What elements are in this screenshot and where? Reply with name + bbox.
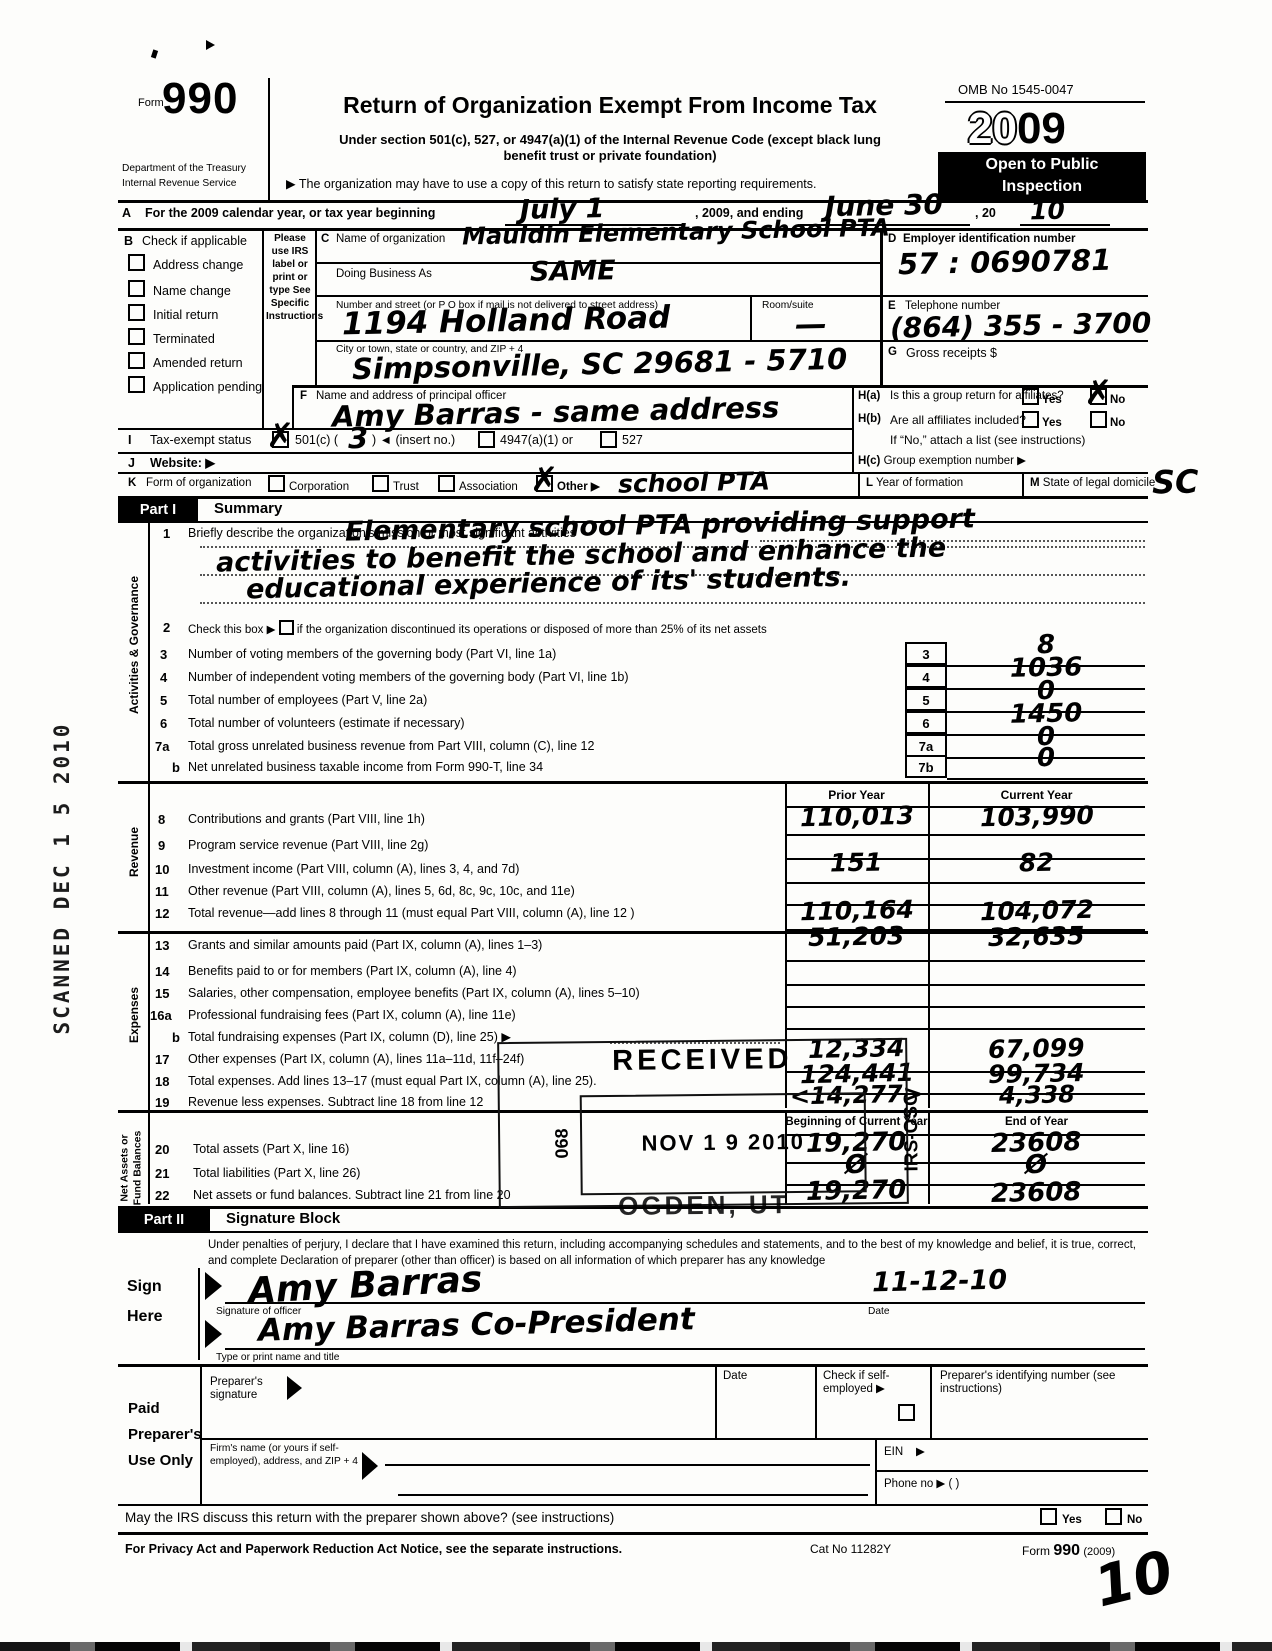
received-stamp-title: RECEIVED [499,1042,905,1079]
line8-current-cell: 103,990 [929,808,1145,836]
k-other-checkbox[interactable]: ✗Other ▶ [536,475,600,495]
gross-receipts-label: Gross receipts $ [906,346,997,361]
city-entry[interactable]: Simpsonville, SC 29681 - 5710 [352,345,848,384]
checkbox-application-pending[interactable]: Application pending [128,376,262,396]
line16a-number: 16a [150,1008,172,1023]
print-name-rule [225,1348,1145,1350]
hc-text: Group exemption number ▶ [884,455,1026,467]
entry-underline [1020,224,1110,226]
line19-number: 19 [155,1095,169,1110]
line2-pre: Check this box ▶ [188,624,275,636]
box-f-number: F [300,390,307,403]
checkbox-address-change[interactable]: Address change [128,254,243,274]
k-other-entry[interactable]: school PTA [618,468,770,496]
checkbox-terminated[interactable]: Terminated [128,328,215,348]
line4-box: 4 [905,665,947,688]
i-row-rule [118,428,854,430]
line9-number: 9 [158,838,165,853]
line3-number: 3 [160,647,167,662]
line7a-box: 7a [905,734,947,757]
discuss-text: May the IRS discuss this return with the… [125,1510,614,1525]
line21-end[interactable]: Ø [1025,1152,1048,1178]
line11-label: Other revenue (Part VIII, column (A), li… [188,884,768,899]
open-to-public-badge: Open to Public Inspection [938,152,1146,200]
sidebar-revenue-label: Revenue [127,827,141,877]
sidebar-net-assets-label: Net Assets orFund Balances [118,1131,143,1206]
header-divider [268,78,270,200]
line10-prior[interactable]: 151 [830,849,883,875]
hc-number: H(c) [858,455,880,467]
net-label-2: Fund Balances [131,1131,144,1206]
m-divider [1022,472,1024,496]
line19-current-cell: 4,338 [929,1091,1145,1108]
insert-no-entry[interactable]: 3 [348,424,369,453]
current-year-header: Current Year [928,788,1145,802]
line5-number: 5 [160,693,167,708]
checkbox-mark: ✗ [1084,376,1113,410]
line12-prior[interactable]: 110,164 [799,897,913,924]
preparer-signature-entry[interactable] [300,1376,710,1426]
dept-line1: Department of the Treasury [122,163,246,175]
year-solid: 09 [1017,104,1066,153]
f-row-top-rule [292,385,1148,388]
k-corporation-label: Corporation [289,481,349,493]
hb-text: Are all affiliates included? [890,413,1026,427]
privacy-notice: For Privacy Act and Paperwork Reduction … [125,1542,622,1556]
officer-entry[interactable]: Amy Barras - same address [332,393,780,431]
line5-label: Total number of employees (Part V, line … [188,693,427,708]
legal-domicile-label: State of legal domicile [1043,477,1156,489]
here-word: Here [127,1308,163,1326]
checkbox-label: Address change [153,258,243,272]
year-formation-label: Year of formation [876,477,963,489]
line14-label: Benefits paid to or for members (Part IX… [188,964,768,979]
line6-label: Total number of volunteers (estimate if … [188,716,465,731]
line18-number: 18 [155,1074,169,1089]
legal-domicile: M State of legal domicile [1030,477,1155,490]
received-stamp: RECEIVED NOV 1 9 2010 068 IRS-OSC OGDEN,… [497,1038,909,1208]
end-year-header: End of Year [928,1116,1145,1128]
line16b-number: b [172,1030,180,1045]
discuss-yes-label: Yes [1062,1514,1082,1526]
scan-speck [151,49,158,58]
line11-number: 11 [155,884,169,899]
line14-current-cell [929,960,1145,986]
line10-number: 10 [155,862,169,877]
j-row-rule [118,452,854,454]
line3-label: Number of voting members of the governin… [188,647,556,662]
omb-underline [945,101,1145,103]
received-stamp-city: OGDEN, UT [501,1188,907,1223]
mission-dotrule [200,588,1145,604]
part2-bottom-rule [118,1231,1148,1233]
line12-label: Total revenue—add lines 8 through 11 (mu… [188,906,768,921]
preparers-word: Preparer's [128,1426,202,1443]
line2-checkbox[interactable] [279,620,294,635]
footer-form-number: 990 [1053,1542,1080,1559]
checkbox-label: Terminated [153,332,215,346]
perjury-statement: Under penalties of perjury, I declare th… [208,1238,1148,1269]
hb-number: H(b) [858,413,881,426]
footer-form-word: Form [1022,1544,1050,1558]
ein-entry[interactable]: 57 : 0690781 [898,246,1112,279]
catalog-number: Cat No 11282Y [810,1542,891,1556]
street-entry[interactable]: 1194 Holland Road [342,303,671,341]
line7b-label: Net unrelated business taxable income fr… [188,760,543,775]
line13-number: 13 [155,938,169,953]
line-a-text3: , 20 [975,206,996,221]
ha-yes-checkbox[interactable]: Yes [1022,388,1062,408]
year-outline: 20 [968,104,1017,153]
form-990-scanned-page: SCANNED DEC 1 5 2010 Form 990 Department… [0,0,1272,1651]
line21-number: 21 [155,1166,169,1181]
status-501c-label: 501(c) ( [295,433,338,448]
status-4947-checkbox[interactable] [478,431,495,451]
room-suite-entry[interactable]: — [795,308,828,341]
received-stamp-code: 068 [552,1128,573,1158]
hc-line: H(c) Group exemption number ▶ [858,455,1026,468]
discuss-top-rule [118,1504,1148,1506]
firm-name-label: Firm's name (or yours if self-employed),… [210,1442,360,1469]
year-formation: L Year of formation [866,477,963,490]
sidebar-governance-label: Activities & Governance [127,576,141,714]
scan-artifact-strip [0,1642,1272,1651]
open-line1: Open to Public [938,154,1146,176]
ha-no-checkbox[interactable]: ✗No [1090,388,1125,408]
part1-top-rule [118,496,1148,499]
discuss-yes-checkbox[interactable]: Yes [1040,1508,1082,1528]
line14-number: 14 [155,964,169,979]
ha-number: H(a) [858,390,880,403]
form-word: Form [138,97,164,110]
hb-no-label: No [1110,417,1125,429]
part2-title: Signature Block [226,1210,340,1227]
label-cell-border [315,228,317,385]
c-row-rule [315,295,880,297]
line12-number: 12 [155,906,169,921]
ha-yes-label: Yes [1042,394,1062,406]
checkbox-mark: ✗ [266,419,295,453]
org-name-label: Name of organization [336,233,445,246]
line19-current[interactable]: 4,338 [998,1082,1074,1108]
status-501c-checkbox[interactable]: ✗ [272,431,289,451]
line22-end[interactable]: 23608 [991,1179,1082,1207]
use-only-word: Use Only [128,1452,193,1469]
e-row-rule [880,340,1148,342]
year-badge: 2009 [968,104,1066,154]
line16a-current-cell [929,1006,1145,1030]
room-divider [750,295,752,340]
line-a-text1: For the 2009 calendar year, or tax year … [145,206,435,221]
form-subtitle: Under section 501(c), 527, or 4947(a)(1)… [320,132,900,165]
part2-tag: Part II [118,1208,210,1233]
line4-number: 4 [160,670,167,685]
line16a-label: Professional fundraising fees (Part IX, … [188,1008,768,1023]
form-number: 990 [162,74,238,124]
k-association-label: Association [459,481,518,493]
header-rule [118,200,1148,203]
tax-year-end-year-entry[interactable]: 10 [1030,198,1065,224]
line7a-number: 7a [155,739,169,754]
cd-divider [880,228,883,385]
line5-box: 5 [905,688,947,711]
print-name-entry[interactable]: Amy Barras Co-President [258,1304,695,1346]
checkbox-name-change[interactable]: Name change [128,280,231,300]
firm-name-entry[interactable] [390,1440,870,1464]
legal-domicile-entry[interactable]: SC [1152,466,1199,499]
line7b-value[interactable]: 0 [1037,745,1056,771]
line4-label: Number of independent voting members of … [188,670,629,685]
sidebar-expenses-label: Expenses [127,987,141,1043]
paid-word: Paid [128,1400,160,1417]
line8-current[interactable]: 103,990 [979,803,1093,830]
dba-entry[interactable]: SAME [530,257,616,286]
line8-prior-cell: 110,013 [785,808,928,836]
line8-number: 8 [158,812,165,827]
irs-label-cell: Please use IRS label or print or type Se… [266,232,314,323]
b-col-border [262,228,264,428]
status-527-checkbox[interactable] [600,431,617,451]
sign-word: Sign [127,1278,162,1296]
prep-date-divider [715,1364,717,1438]
dept-line2: Internal Revenue Service [122,178,236,190]
status-527-label: 527 [622,433,643,448]
hb-yes-checkbox[interactable]: Yes [1022,411,1062,431]
part1-title: Summary [214,500,282,517]
handwritten-page-number: 10 [1089,1543,1178,1616]
line6-number: 6 [160,716,167,731]
checkbox-label: Amended return [153,356,243,370]
status-4947-label: 4947(a)(1) or [500,433,573,448]
k-trust-label: Trust [393,481,419,493]
hb-yes-label: Yes [1042,417,1062,429]
preparer-date-label: Date [723,1370,747,1383]
line13-prior[interactable]: 51,203 [808,923,905,950]
checkbox-label: Application pending [153,380,262,394]
check-self-employed-label: Check if self-employed ▶ [823,1370,907,1396]
line14-prior-cell [785,960,928,986]
signature-date-entry[interactable]: 11-12-10 [872,1267,1008,1297]
net-label-1: Net Assets or [118,1131,131,1206]
k-association-checkbox[interactable]: Association [438,475,518,495]
line6-box: 6 [905,711,947,734]
line10-current[interactable]: 82 [1019,850,1054,876]
line15-current-cell [929,984,1145,1008]
self-employed-checkbox[interactable] [898,1404,915,1424]
box-g-number: G [888,346,897,359]
line15-prior-cell [785,984,928,1008]
firm-entry-rule [385,1464,870,1466]
k-trust-checkbox[interactable]: Trust [372,475,419,495]
l-divider [858,472,860,496]
line13-prior-cell: 51,203 [785,934,928,962]
tax-exempt-status-label: Tax-exempt status [150,433,251,448]
ein-arrow: ▶ [916,1446,925,1458]
box-b-title: Check if applicable [142,234,247,249]
phone-no-label: Phone no ▶ ( ) [884,1478,959,1491]
line13-current[interactable]: 32,635 [988,923,1085,950]
phone-entry[interactable]: (864) 355 - 3700 [890,309,1152,342]
phone-rule [875,1470,1148,1472]
line-j-number: J [128,456,135,471]
line9-label: Program service revenue (Part VIII, line… [188,838,768,853]
status-501c-suffix: ) ◄ (insert no.) [372,433,455,448]
hb-note: If “No,” attach a list (see instructions… [890,433,1085,447]
sign-divider [198,1268,200,1360]
scanned-date-stamp: SCANNED DEC 1 5 2010 [50,722,74,1035]
discuss-bottom-rule [118,1532,1148,1535]
preparer-id-label: Preparer's identifying number (see instr… [940,1370,1135,1396]
line10-label: Investment income (Part VIII, column (A)… [188,862,768,877]
c-row-rule [315,340,880,342]
line-m-number: M [1030,477,1040,489]
prior-year-header: Prior Year [785,788,928,802]
line10-prior-cell: 151 [785,858,928,884]
ein-label: EIN ▶ [884,1446,925,1459]
line2-text: Check this box ▶ if the organization dis… [188,620,1048,637]
print-name-arrow [205,1320,222,1348]
ein-word: EIN [884,1446,903,1458]
d-row-rule [880,295,1148,297]
org-name-entry[interactable]: Mauldin Elementary School PTA [462,216,890,249]
line20-number: 20 [155,1142,169,1157]
line15-number: 15 [155,986,169,1001]
part1-tag: Part I [118,498,198,523]
received-stamp-date: NOV 1 9 2010 [582,1128,864,1157]
form-title: Return of Organization Exempt From Incom… [280,92,940,119]
received-stamp-datebox: NOV 1 9 2010 [580,1092,867,1195]
date-label: Date [868,1306,890,1318]
scan-speck-arrow [206,40,215,50]
line7b-value-cell: 0 [947,755,1145,780]
discuss-no-label: No [1127,1514,1142,1526]
checkbox-initial-return[interactable]: Initial return [128,304,218,324]
sidebar-divider [148,523,150,1204]
checkbox-amended-return[interactable]: Amended return [128,352,243,372]
preparer-signature-label: Preparer's signature [210,1376,282,1402]
line8-label: Contributions and grants (Part VIII, lin… [188,812,768,827]
omb-number: OMB No 1545-0047 [958,82,1074,98]
discuss-no-checkbox[interactable]: No [1105,1508,1142,1528]
line3-box: 3 [905,642,947,665]
line8-prior[interactable]: 110,013 [799,803,913,830]
firm-arrow [362,1452,378,1480]
signature-arrow [205,1272,222,1300]
checkbox-mark: ✗ [530,463,559,497]
box-b-number: B [124,234,133,249]
line7b-box: 7b [905,755,947,778]
line-i-number: I [128,433,131,448]
box-c-number: C [321,233,329,246]
k-corporation-checkbox[interactable]: Corporation [268,475,349,495]
line15-label: Salaries, other compensation, employee b… [188,986,768,1001]
line-k-number: K [128,477,136,490]
line13-label: Grants and similar amounts paid (Part IX… [188,938,768,953]
line1-number: 1 [163,526,170,541]
line2-number: 2 [163,620,170,635]
line16a-prior-cell [785,1006,928,1030]
website-label: Website: ▶ [150,456,215,471]
prep-check-divider [815,1364,817,1438]
preparer-top-rule [118,1364,1148,1367]
box-d-number: D [888,233,896,246]
line13-current-cell: 32,635 [929,934,1145,962]
line17-number: 17 [155,1052,169,1067]
line10-current-cell: 82 [929,858,1145,884]
prep-id-divider [930,1364,932,1438]
line22-number: 22 [155,1188,169,1203]
dba-label: Doing Business As [336,268,432,281]
revenue-section-rule [118,781,1148,784]
line7b-number: b [172,760,180,775]
type-print-label: Type or print name and title [216,1352,339,1364]
line7a-label: Total gross unrelated business revenue f… [188,739,594,754]
form-of-org-label: Form of organization [146,477,251,490]
line2-post: if the organization discontinued its ope… [297,624,767,636]
received-stamp-office: IRS-OSC [901,1092,924,1171]
firm-entry-rule2 [398,1494,868,1496]
k-other-label: Other ▶ [557,481,600,493]
line12-current[interactable]: 104,072 [979,897,1093,924]
line-l-number: L [866,477,873,489]
checkbox-label: Name change [153,284,231,298]
line22-end-cell: 23608 [929,1184,1145,1204]
line-a-number: A [122,206,131,221]
checkbox-label: Initial return [153,308,218,322]
hb-no-checkbox[interactable]: No [1090,411,1125,431]
